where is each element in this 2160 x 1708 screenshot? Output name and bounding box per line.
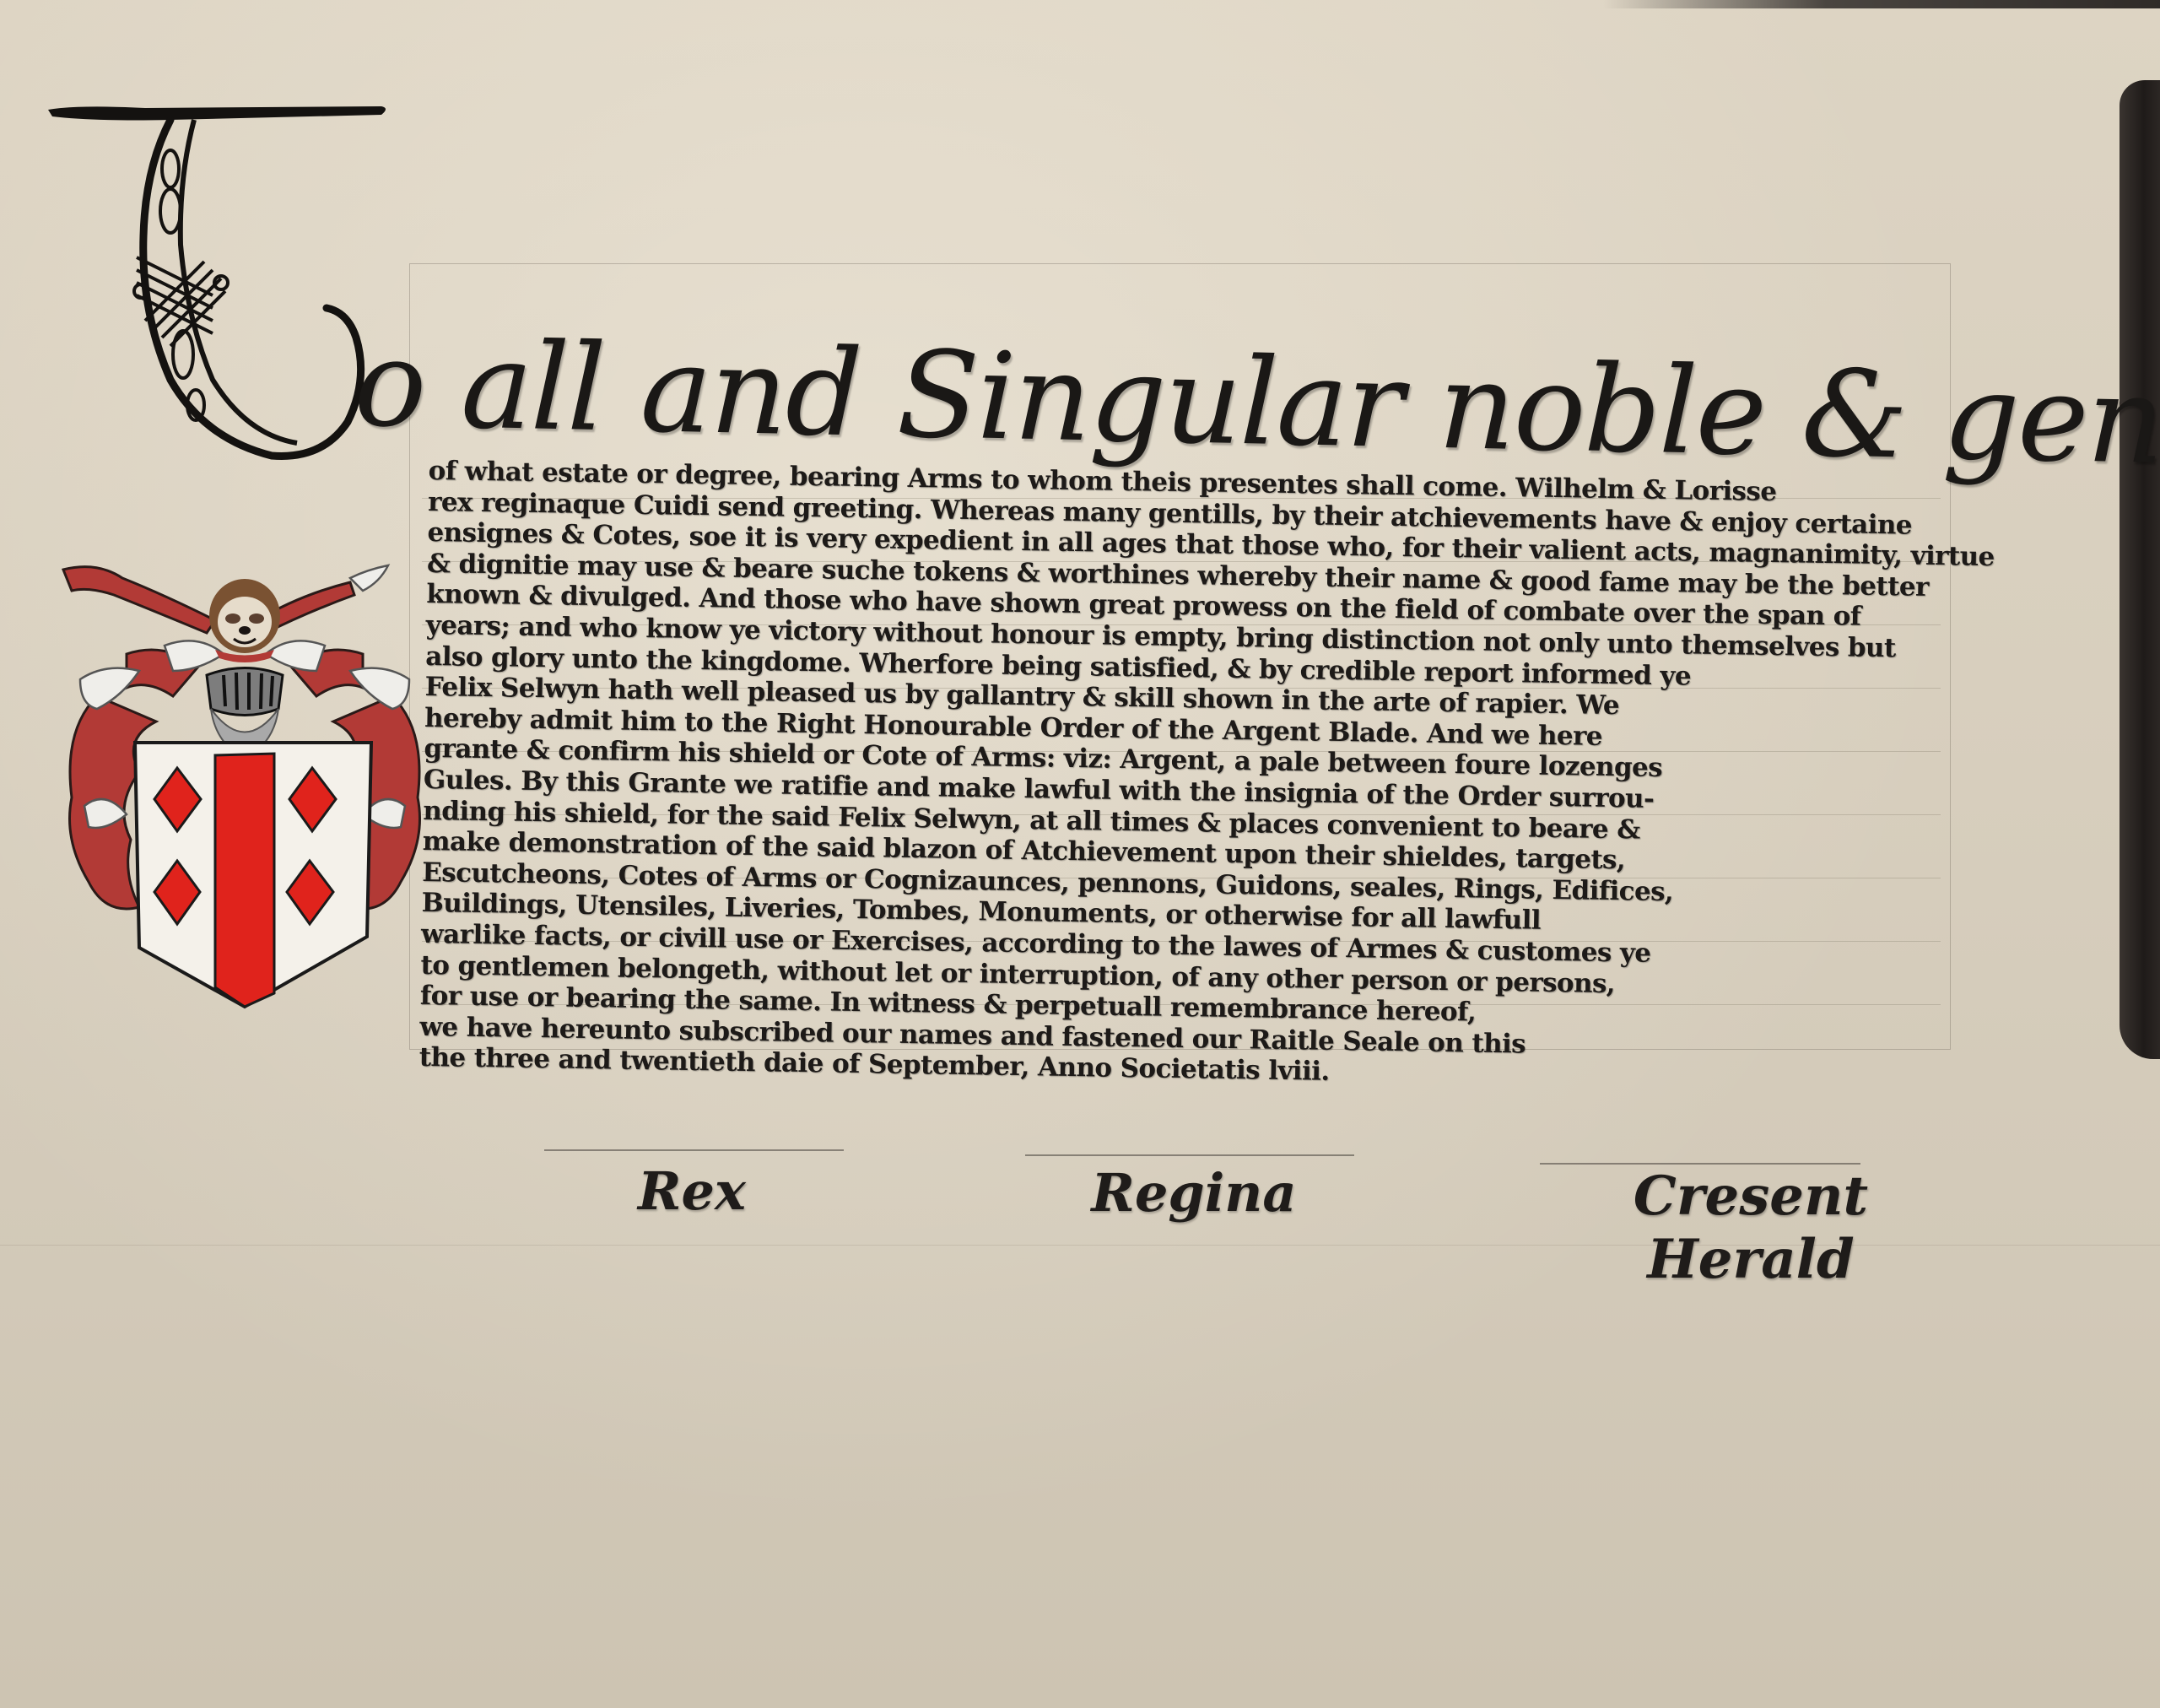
signature-line-regina bbox=[1025, 1154, 1354, 1156]
signature-rex: Rex bbox=[582, 1160, 802, 1222]
frame-edge-top bbox=[1603, 0, 2160, 8]
frame-edge-right bbox=[2119, 80, 2160, 1059]
shield-icon bbox=[135, 743, 371, 1007]
grant-body-text: of what estate or degree, bearing Arms t… bbox=[419, 456, 1939, 1097]
coat-of-arms bbox=[46, 561, 443, 1017]
illuminated-initial-t bbox=[44, 101, 398, 473]
signature-herald: Cresent Herald bbox=[1531, 1165, 1970, 1291]
signature-line-rex bbox=[544, 1149, 844, 1151]
signature-regina: Regina bbox=[1072, 1162, 1316, 1224]
